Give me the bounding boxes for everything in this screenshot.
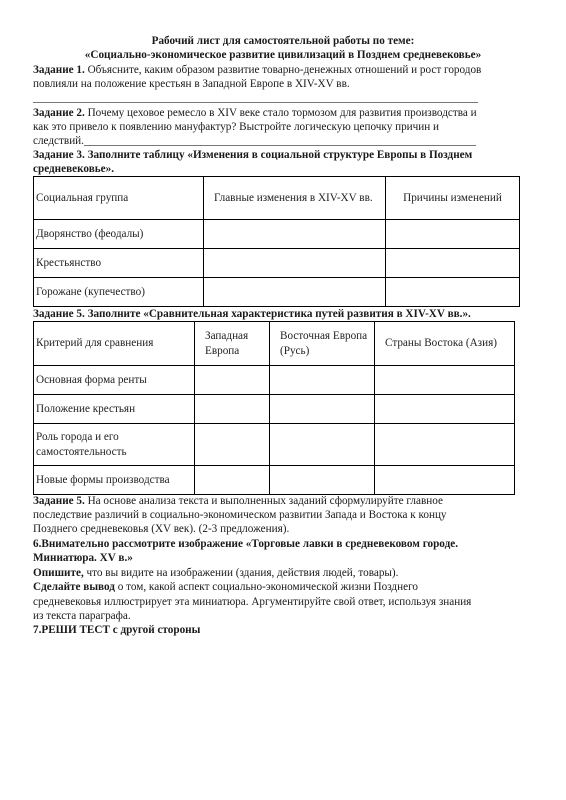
task1-text: Объясните, каким образом развитие товарн… [85, 64, 482, 76]
header-main-changes: Главные изменения в XIV-XV вв. [204, 177, 386, 220]
task6-conclude: Сделайте вывод о том, какой аспект социа… [33, 580, 418, 594]
task2-line1: Задание 2. Почему цеховое ремесло в XIV … [33, 106, 477, 120]
task7-heading: 7.РЕШИ ТЕСТ с другой стороны [33, 623, 200, 637]
answer-cell[interactable] [195, 466, 270, 495]
header-western-europe: Западная Европа [195, 322, 270, 366]
header-eastern-europe: Восточная Европа (Русь) [270, 322, 375, 366]
task2-text-end: следствий. [33, 135, 84, 147]
table-row: Новые формы производства [34, 466, 515, 495]
task1-line2: повлияли на положение крестьян в Западно… [33, 77, 350, 91]
comparison-heading: Задание 5. Заполните «Сравнительная хара… [33, 307, 471, 321]
table-header-row: Социальная группа Главные изменения в XI… [34, 177, 520, 220]
row-label: Крестьянство [34, 249, 204, 278]
task1-line1: Задание 1. Объясните, каким образом разв… [33, 63, 481, 77]
task2-text: Почему цеховое ремесло в XIV веке стало … [85, 107, 477, 119]
header-reasons: Причины изменений [386, 177, 520, 220]
header-criterion: Критерий для сравнения [34, 322, 195, 366]
describe-text: что вы видите на изображении (здания, де… [84, 567, 399, 579]
answer-cell[interactable] [386, 278, 520, 307]
task5-label: Задание 5. [33, 495, 85, 507]
answer-cell[interactable] [195, 395, 270, 424]
answer-cell[interactable] [375, 424, 515, 466]
answer-cell[interactable] [204, 249, 386, 278]
task2-answer-line[interactable]: ________________________________________… [84, 135, 476, 147]
table-row: Основная форма ренты [34, 366, 515, 395]
answer-cell[interactable] [204, 220, 386, 249]
task6-conclude-line3: из текста параграфа. [33, 609, 131, 623]
task5-line2: последствие различий в социально-экономи… [33, 508, 447, 522]
conclude-text: о том, какой аспект социально-экономичес… [115, 581, 418, 593]
row-label: Новые формы производства [34, 466, 195, 495]
conclude-label: Сделайте вывод [33, 581, 115, 593]
header-social-group: Социальная группа [34, 177, 204, 220]
answer-cell[interactable] [386, 220, 520, 249]
answer-cell[interactable] [386, 249, 520, 278]
task2-line3: следствий.______________________________… [33, 134, 476, 148]
answer-cell[interactable] [375, 466, 515, 495]
answer-cell[interactable] [195, 366, 270, 395]
task5-line1: Задание 5. На основе анализа текста и вы… [33, 494, 443, 508]
task6-conclude-line2: средневековья иллюстрирует эта миниатюра… [33, 595, 471, 609]
answer-cell[interactable] [270, 424, 375, 466]
table-row: Дворянство (феодалы) [34, 220, 520, 249]
describe-label: Опишите, [33, 567, 84, 579]
answer-cell[interactable] [375, 366, 515, 395]
task6-heading-cont: Миниатюра. XV в.» [33, 551, 133, 565]
row-label: Дворянство (феодалы) [34, 220, 204, 249]
row-label: Горожане (купечество) [34, 278, 204, 307]
table-row: Положение крестьян [34, 395, 515, 424]
task6-describe: Опишите, что вы видите на изображении (з… [33, 566, 398, 580]
worksheet-subtitle: «Социально-экономическое развитие цивили… [0, 48, 566, 62]
worksheet-title: Рабочий лист для самостоятельной работы … [0, 34, 566, 48]
row-label: Роль города и его самостоятельность [34, 424, 195, 466]
answer-cell[interactable] [375, 395, 515, 424]
row-label: Положение крестьян [34, 395, 195, 424]
task3-heading-cont: средневековье». [33, 162, 114, 176]
answer-cell[interactable] [270, 366, 375, 395]
row-label: Основная форма ренты [34, 366, 195, 395]
task2-line2: как это привело к появлению мануфактур? … [33, 120, 439, 134]
task2-label: Задание 2. [33, 107, 85, 119]
answer-cell[interactable] [270, 466, 375, 495]
task1-label: Задание 1. [33, 64, 85, 76]
task1-answer-line[interactable]: ________________________________________… [33, 91, 478, 105]
header-eastern-countries: Страны Востока (Азия) [375, 322, 515, 366]
table-row: Роль города и его самостоятельность [34, 424, 515, 466]
task6-heading: 6.Внимательно рассмотрите изображение «Т… [33, 537, 458, 551]
table-row: Крестьянство [34, 249, 520, 278]
answer-cell[interactable] [204, 278, 386, 307]
table-row: Горожане (купечество) [34, 278, 520, 307]
task5-line3: Позднего средневековья (XV век). (2-3 пр… [33, 522, 289, 536]
table-header-row: Критерий для сравнения Западная Европа В… [34, 322, 515, 366]
social-structure-table: Социальная группа Главные изменения в XI… [33, 176, 520, 307]
task3-heading: Задание 3. Заполните таблицу «Изменения … [33, 148, 472, 162]
task5-text: На основе анализа текста и выполненных з… [85, 495, 443, 507]
comparison-table: Критерий для сравнения Западная Европа В… [33, 321, 515, 495]
answer-cell[interactable] [195, 424, 270, 466]
answer-cell[interactable] [270, 395, 375, 424]
